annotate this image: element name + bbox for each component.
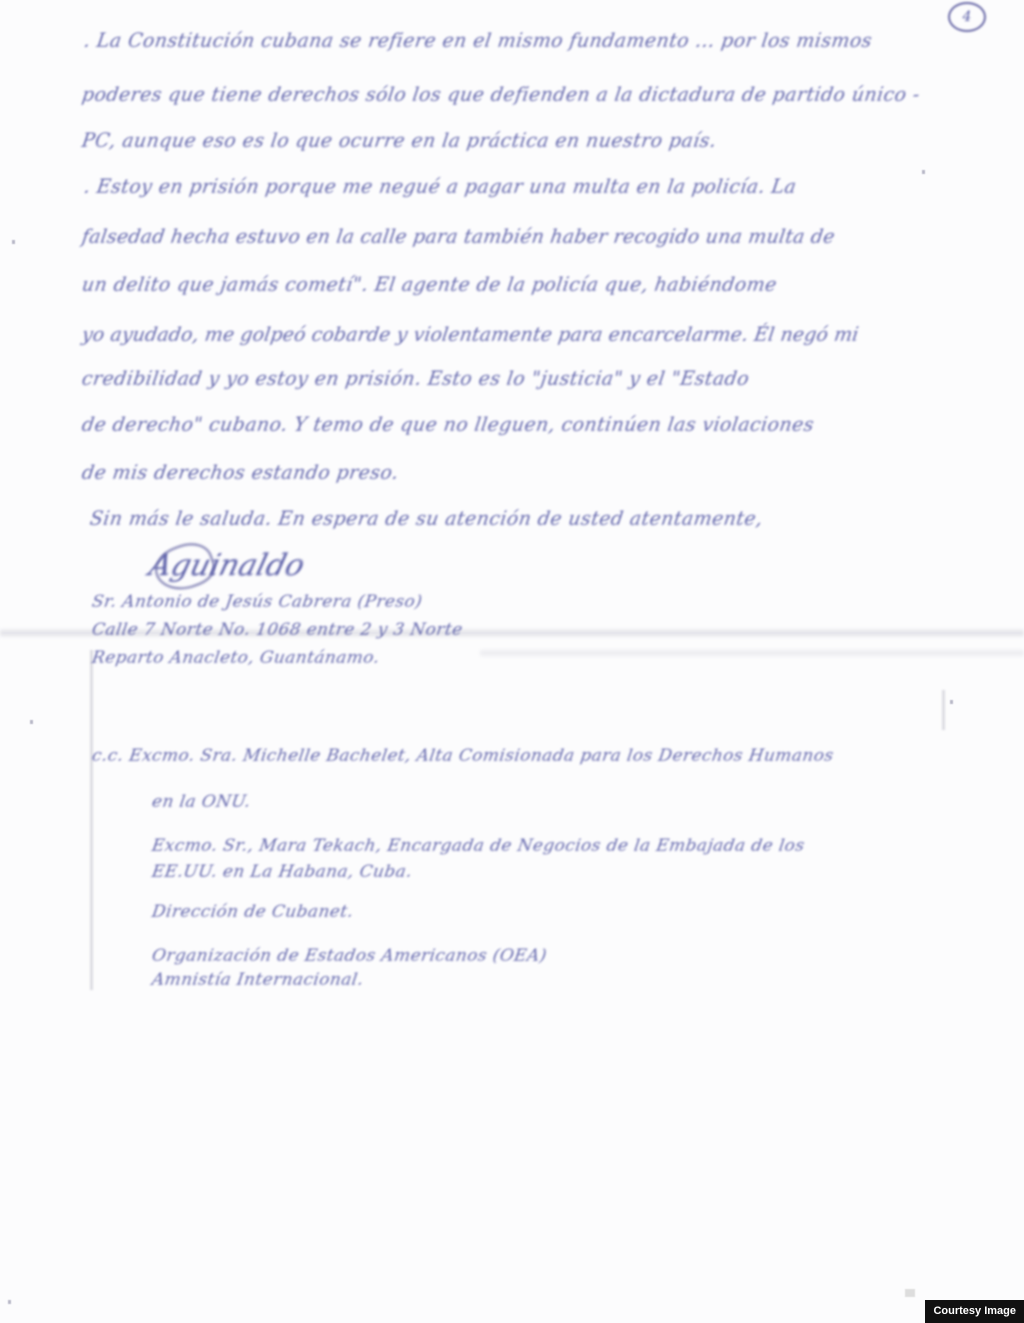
letter-line: poderes que tiene derechos sólo los que … [80,84,921,106]
sender-line: Reparto Anacleto, Guantánamo. [91,648,381,668]
letter-line: PC, aunque eso es lo que ocurre en la pr… [80,130,717,152]
letter-line: credibilidad y yo estoy en prisión. Esto… [80,368,750,390]
scan-speck [950,700,953,704]
letter-line: . La Constitución cubana se refiere en e… [82,30,873,52]
scan-speck [30,720,33,724]
signature: Aguinaldo [146,548,309,583]
scan-speck [905,1289,915,1297]
margin-crease [942,690,945,730]
letter-line: . Estoy en prisión porque me negué a pag… [82,176,797,198]
sender-line: Calle 7 Norte No. 1068 entre 2 y 3 Norte [91,620,464,640]
letter-line: falsedad hecha estuvo en la calle para t… [80,226,836,248]
cc-line: EE.UU. en La Habana, Cuba. [151,862,414,882]
letter-line: Sin más le saluda. En espera de su atenc… [88,508,764,530]
letter-line: de mis derechos estando preso. [80,462,399,484]
scan-speck [8,1300,11,1304]
scan-speck [12,240,15,244]
cc-line: Excmo. Sr., Mara Tekach, Encargada de Ne… [151,836,806,856]
letter-line: yo ayudado, me golpeó cobarde y violenta… [80,324,860,346]
scanned-letter-page: 4 . La Constitución cubana se refiere en… [0,0,1024,1323]
letter-line: de derecho" cubano. Y temo de que no lle… [80,414,815,436]
courtesy-image-credit: Courtesy Image [925,1300,1024,1323]
cc-line: Organización de Estados Americanos (OEA) [151,946,548,966]
margin-crease [90,650,93,990]
page-number: 4 [948,2,986,32]
sender-line: Sr. Antonio de Jesús Cabrera (Preso) [91,592,424,612]
cc-line: c.c. Excmo. Sra. Michelle Bachelet, Alta… [91,746,835,766]
fold-crease [480,648,1024,658]
cc-line: en la ONU. [151,792,252,812]
letter-line: un delito que jamás cometí". El agente d… [80,274,778,296]
cc-line: Amnistía Internacional. [151,970,365,990]
cc-line: Dirección de Cubanet. [151,902,355,922]
scan-speck [922,170,925,174]
